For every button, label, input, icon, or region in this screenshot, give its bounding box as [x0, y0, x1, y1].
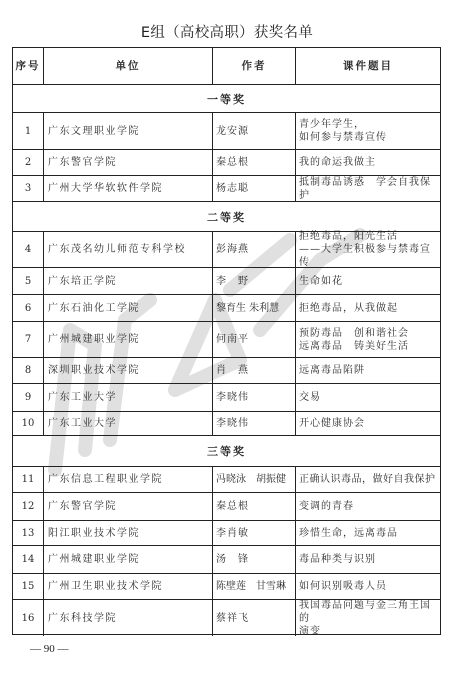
- serial-number: 2: [13, 150, 44, 175]
- unit-name: 广东石油化工学院: [44, 295, 213, 321]
- serial-number: 13: [13, 521, 44, 545]
- unit-name: 阳江职业技术学院: [44, 521, 213, 545]
- header-topic: 课件题目: [296, 48, 440, 84]
- unit-name: 广州卫生职业技术学院: [44, 574, 213, 599]
- unit-name: 广东文理职业学院: [44, 113, 213, 149]
- unit-name: 广东茂名幼儿师范专科学校: [44, 232, 213, 267]
- table-row: 10 广东工业大学 李晓伟 开心健康协会: [13, 411, 440, 435]
- author-name: 蔡祥飞: [213, 600, 296, 636]
- author-name: 陈壁莲 甘雪琳: [213, 574, 296, 599]
- serial-number: 16: [13, 600, 44, 636]
- author-name: 李晓伟: [213, 412, 296, 435]
- table-row: 6 广东石油化工学院 黎育生 朱利慧 拒绝毒品，从我做起: [13, 294, 440, 321]
- document-title: E组（高校高职）获奖名单: [0, 21, 454, 42]
- table-row: 5 广东培正学院 李 野 生命如花: [13, 267, 440, 294]
- section-third-prize: 三等奖: [13, 435, 440, 466]
- unit-name: 广东培正学院: [44, 268, 213, 294]
- table-row: 2 广东警官学院 秦总根 我的命运我做主: [13, 149, 440, 175]
- section-first-prize: 一等奖: [13, 84, 440, 112]
- serial-number: 12: [13, 493, 44, 520]
- unit-name: 广东警官学院: [44, 150, 213, 175]
- author-name: 秦总根: [213, 150, 296, 175]
- table-row: 11 广东信息工程职业学院 冯晓泳 胡振健 正确认识毒品，做好自我保护: [13, 466, 440, 492]
- table-row: 9 广东工业大学 李晓伟 交易: [13, 383, 440, 411]
- page-number: — 90 —: [30, 643, 69, 655]
- topic-title: 珍惜生命，远离毒品: [296, 521, 440, 545]
- topic-title: 生命如花: [296, 268, 440, 294]
- table-row: 3 广州大学华软软件学院 杨志聪 抵制毒品诱惑 学会自我保护: [13, 175, 440, 201]
- header-serial: 序号: [13, 48, 44, 84]
- topic-title: 正确认识毒品，做好自我保护: [296, 467, 440, 492]
- topic-title: 变调的青春: [296, 493, 440, 520]
- table-row: 15 广州卫生职业技术学院 陈壁莲 甘雪琳 如何识别吸毒人员: [13, 573, 440, 599]
- serial-number: 7: [13, 322, 44, 357]
- author-name: 杨志聪: [213, 176, 296, 201]
- topic-title: 我国毒品问题与金三角王国的 演变: [296, 600, 440, 636]
- topic-title: 拒绝毒品，阳光生活 ——大学生积极参与禁毒宣传: [296, 232, 440, 267]
- table-row: 1 广东文理职业学院 龙安源 青少年学生， 如何参与禁毒宣传: [13, 112, 440, 149]
- topic-title: 我的命运我做主: [296, 150, 440, 175]
- unit-name: 广东科技学院: [44, 600, 213, 636]
- author-name: 龙安源: [213, 113, 296, 149]
- serial-number: 5: [13, 268, 44, 294]
- author-name: 彭海燕: [213, 232, 296, 267]
- author-name: 李肖敏: [213, 521, 296, 545]
- table-row: 13 阳江职业技术学院 李肖敏 珍惜生命，远离毒品: [13, 520, 440, 545]
- section-second-prize: 二等奖: [13, 201, 440, 231]
- author-name: 李晓伟: [213, 384, 296, 411]
- table-header-row: 序号 单位 作者 课件题目: [13, 48, 440, 84]
- header-author: 作者: [213, 48, 296, 84]
- author-name: 秦总根: [213, 493, 296, 520]
- unit-name: 广东警官学院: [44, 493, 213, 520]
- unit-name: 广州大学华软软件学院: [44, 176, 213, 201]
- author-name: 汤 锋: [213, 546, 296, 573]
- serial-number: 9: [13, 384, 44, 411]
- topic-title: 青少年学生， 如何参与禁毒宣传: [296, 113, 440, 149]
- topic-title: 如何识别吸毒人员: [296, 574, 440, 599]
- serial-number: 11: [13, 467, 44, 492]
- serial-number: 4: [13, 232, 44, 267]
- topic-title: 拒绝毒品，从我做起: [296, 295, 440, 321]
- topic-title: 毒品种类与识别: [296, 546, 440, 573]
- serial-number: 3: [13, 176, 44, 201]
- author-name: 肖 燕: [213, 358, 296, 383]
- topic-title: 远离毒品陷阱: [296, 358, 440, 383]
- table-row: 4 广东茂名幼儿师范专科学校 彭海燕 拒绝毒品，阳光生活 ——大学生积极参与禁毒…: [13, 231, 440, 267]
- topic-title: 预防毒品 创和谐社会 远离毒品 铸美好生活: [296, 322, 440, 357]
- author-name: 李 野: [213, 268, 296, 294]
- table-row: 7 广州城建职业学院 何南平 预防毒品 创和谐社会 远离毒品 铸美好生活: [13, 321, 440, 357]
- table-row: 16 广东科技学院 蔡祥飞 我国毒品问题与金三角王国的 演变: [13, 599, 440, 636]
- serial-number: 14: [13, 546, 44, 573]
- topic-title: 交易: [296, 384, 440, 411]
- author-name: 何南平: [213, 322, 296, 357]
- serial-number: 6: [13, 295, 44, 321]
- unit-name: 广东工业大学: [44, 412, 213, 435]
- topic-title: 开心健康协会: [296, 412, 440, 435]
- section-label: 一等奖: [13, 85, 440, 112]
- table-row: 12 广东警官学院 秦总根 变调的青春: [13, 492, 440, 520]
- author-name: 黎育生 朱利慧: [213, 295, 296, 321]
- topic-title: 抵制毒品诱惑 学会自我保护: [296, 176, 440, 201]
- header-unit: 单位: [44, 48, 213, 84]
- author-name: 冯晓泳 胡振健: [213, 467, 296, 492]
- serial-number: 8: [13, 358, 44, 383]
- unit-name: 广州城建职业学院: [44, 322, 213, 357]
- unit-name: 广东工业大学: [44, 384, 213, 411]
- unit-name: 深圳职业技术学院: [44, 358, 213, 383]
- section-label: 三等奖: [13, 436, 440, 466]
- unit-name: 广东信息工程职业学院: [44, 467, 213, 492]
- awards-table: 序号 单位 作者 课件题目 一等奖 1 广东文理职业学院 龙安源 青少年学生， …: [12, 47, 441, 635]
- serial-number: 15: [13, 574, 44, 599]
- table-row: 8 深圳职业技术学院 肖 燕 远离毒品陷阱: [13, 357, 440, 383]
- section-label: 二等奖: [13, 202, 440, 231]
- table-row: 14 广州城建职业学院 汤 锋 毒品种类与识别: [13, 545, 440, 573]
- unit-name: 广州城建职业学院: [44, 546, 213, 573]
- serial-number: 1: [13, 113, 44, 149]
- serial-number: 10: [13, 412, 44, 435]
